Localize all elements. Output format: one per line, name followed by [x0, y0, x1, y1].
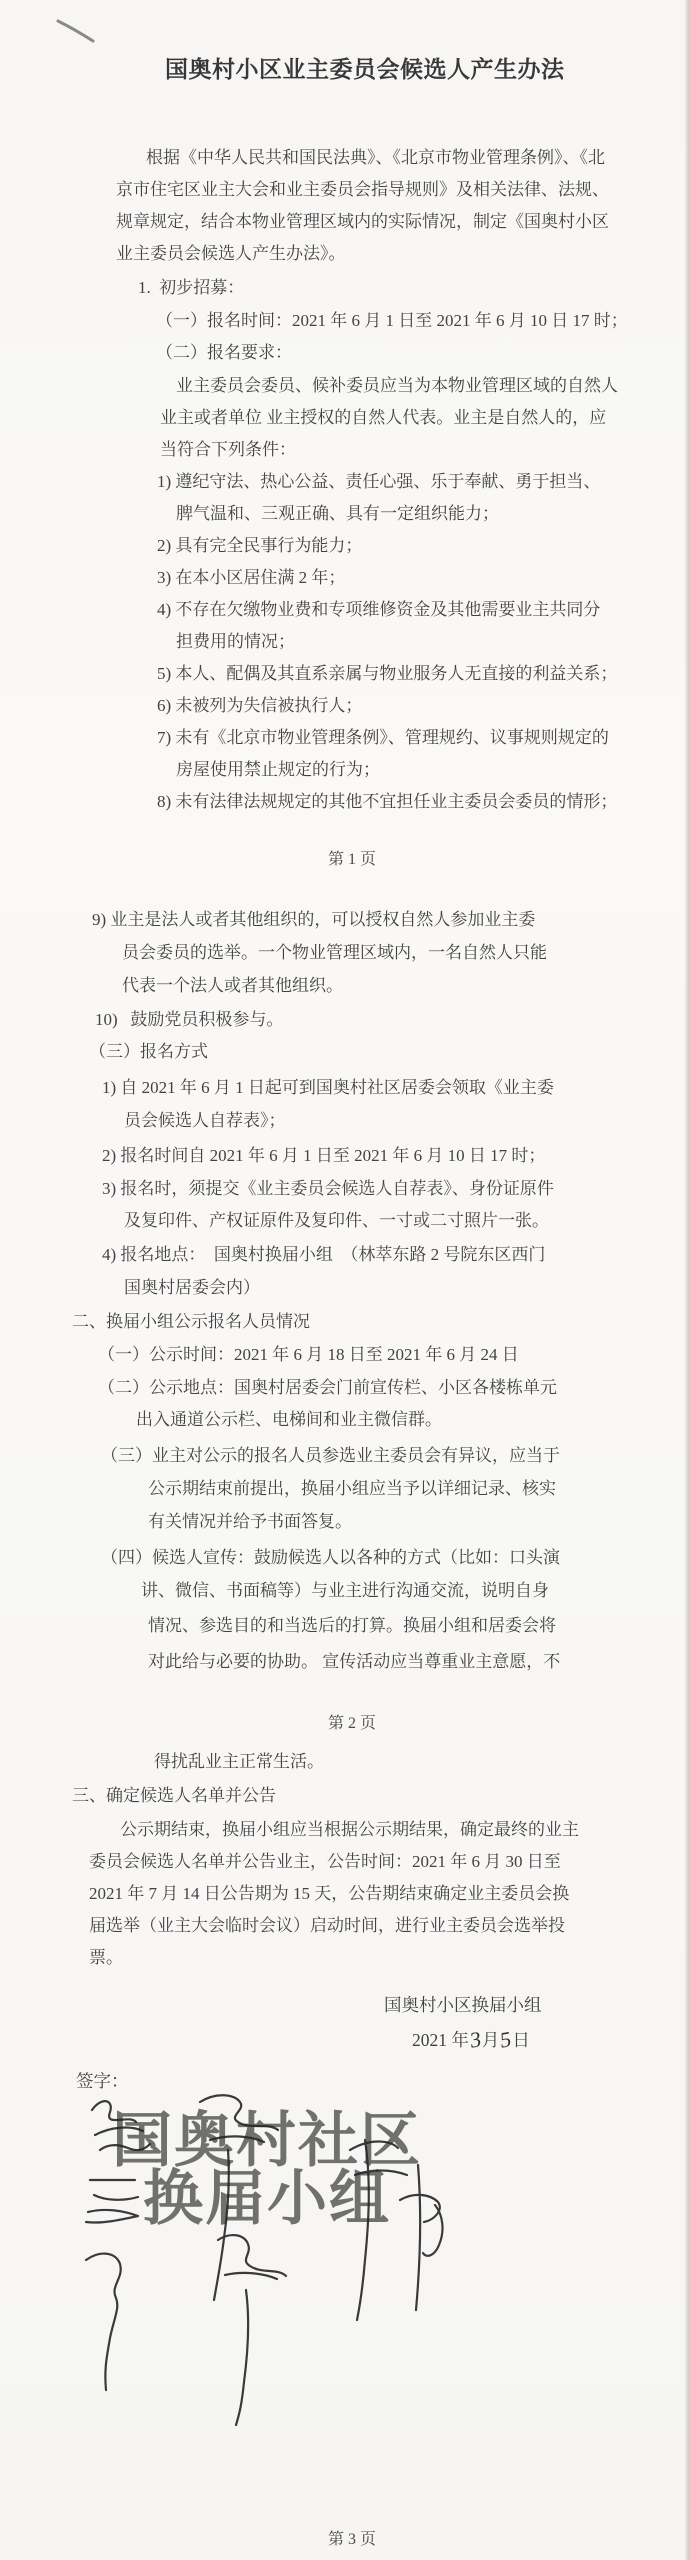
- doc-line: 公示期结束前提出，换届小组应当予以详细记录、核实: [148, 1477, 556, 1501]
- doc-line: 当符合下列条件：: [160, 438, 296, 462]
- doc-line: 房屋使用禁止规定的行为；: [176, 758, 380, 782]
- doc-line: 1) 遵纪守法、热心公益、责任心强、乐于奉献、勇于担当、: [157, 470, 600, 494]
- doc-line: 担费用的情况；: [176, 630, 295, 654]
- doc-line: 2021 年 7 月 14 日公告期为 15 天，公告期结束确定业主委员会换: [89, 1882, 569, 1906]
- doc-line: 对此给与必要的协助。 宣传活动应当尊重业主意愿，不: [148, 1650, 560, 1674]
- doc-line: （一）报名时间：2021 年 6 月 1 日至 2021 年 6 月 10 日 …: [156, 309, 628, 333]
- page-footer-1: 第 1 页: [7, 846, 690, 869]
- document-title: 国奥村小区业主委员会候选人产生办法: [165, 58, 565, 82]
- scanned-document-page: { "document": { "title": "国奥村小区业主委员会候选人产…: [0, 0, 690, 2560]
- doc-line: 届选举（业主大会临时会议）启动时间，进行业主委员会选举投: [89, 1914, 565, 1938]
- doc-line: 4) 报名地点： 国奥村换届小组 （林萃东路 2 号院东区西门: [102, 1243, 545, 1267]
- doc-line: 业主或者单位 业主授权的自然人代表。业主是自然人的，应: [160, 406, 606, 430]
- date-printed-month-unit: 月: [482, 2030, 500, 2050]
- doc-line: 情况、参选目的和当选后的打算。换届小组和居委会将: [148, 1614, 556, 1638]
- doc-line: （四）候选人宣传：鼓励候选人以各种的方式（比如：口头演: [101, 1546, 560, 1570]
- date-printed-year: 2021 年: [412, 2030, 469, 2050]
- doc-line: 业主委员会委员、候补委员应当为本物业管理区域的自然人: [176, 374, 618, 398]
- doc-line: 根据《中华人民共和国民法典》、《北京市物业管理条例》、《北: [146, 146, 605, 170]
- signature-stroke: [86, 2254, 121, 2390]
- date-line: 2021 年3月5日: [412, 2026, 530, 2052]
- doc-line: 6) 未被列为失信被执行人；: [157, 694, 362, 718]
- doc-line: 京市住宅区业主大会和业主委员会指导规则》及相关法律、法规、: [116, 178, 609, 202]
- doc-line: （二）报名要求：: [156, 341, 292, 365]
- issuer-line: 国奥村小区换届小组: [384, 1992, 542, 2017]
- date-printed-day-unit: 日: [512, 2030, 530, 2050]
- doc-line: 得扰乱业主正常生活。: [154, 1750, 324, 1774]
- doc-line: （一）公示时间：2021 年 6 月 18 日至 2021 年 6 月 24 日: [98, 1343, 519, 1367]
- doc-line: 1) 自 2021 年 6 月 1 日起可到国奥村社区居委会领取《业主委: [102, 1076, 554, 1100]
- doc-line: 8) 未有法律法规规定的其他不宜担任业主委员会委员的情形；: [157, 790, 617, 814]
- doc-line: 5) 本人、配偶及其直系亲属与物业服务人无直接的利益关系；: [157, 662, 617, 686]
- committee-watermark: 国奥村社区 换届小组: [82, 2112, 452, 2228]
- handwritten-month-digit: 3: [469, 2026, 481, 2054]
- doc-line: 员会委员的选举。一个物业管理区域内，一名自然人只能: [122, 941, 547, 965]
- doc-line: 三、确定候选人名单并公告: [72, 1784, 276, 1808]
- doc-line: 脾气温和、三观正确、具有一定组织能力；: [176, 502, 499, 526]
- page-footer-2: 第 2 页: [7, 1710, 690, 1733]
- doc-line: 规章规定，结合本物业管理区域内的实际情况，制定《国奥村小区: [116, 210, 609, 234]
- doc-line: 有关情况并给予书面答复。: [148, 1510, 352, 1534]
- doc-line: 2) 具有完全民事行为能力；: [157, 534, 362, 558]
- watermark-line-2: 换届小组: [82, 2170, 452, 2228]
- doc-line: 3) 在本小区居住满 2 年；: [157, 566, 345, 590]
- doc-line: 业主委员会候选人产生办法》。: [116, 242, 346, 266]
- signature-stroke: [218, 2235, 286, 2425]
- doc-line: 4) 不存在欠缴物业费和专项维修资金及其他需要业主共同分: [157, 598, 600, 622]
- doc-line: 公示期结束，换届小组应当根据公示期结果，确定最终的业主: [120, 1818, 579, 1842]
- doc-line: 2) 报名时间自 2021 年 6 月 1 日至 2021 年 6 月 10 日…: [102, 1144, 545, 1168]
- doc-line: （二）公示地点：国奥村居委会门前宣传栏、小区各楼栋单元: [98, 1376, 557, 1400]
- watermark-line-1: 国奥村社区: [82, 2112, 452, 2170]
- doc-line: 7) 未有《北京市物业管理条例》、管理规约、议事规则规定的: [157, 726, 609, 750]
- doc-line: 9) 业主是法人或者其他组织的，可以授权自然人参加业主委: [92, 908, 535, 932]
- doc-line: 国奥村居委会内）: [124, 1276, 260, 1300]
- signature-label: 签字：: [76, 2068, 129, 2093]
- doc-line: 出入通道公示栏、电梯间和业主微信群。: [136, 1408, 442, 1432]
- doc-line: 票。: [89, 1946, 123, 1970]
- doc-line: （三）业主对公示的报名人员参选业主委员会有异议，应当于: [101, 1444, 560, 1468]
- doc-line: （三）报名方式: [89, 1040, 208, 1064]
- doc-line: 1. 初步招募：: [138, 276, 244, 300]
- doc-line: 3) 报名时，须提交《业主委员会候选人自荐表》、身份证原件: [102, 1177, 554, 1201]
- doc-line: 二、换届小组公示报名人员情况: [72, 1310, 310, 1334]
- handwritten-day-digit: 5: [500, 2026, 512, 2054]
- doc-line: 及复印件、产权证原件及复印件、一寸或二寸照片一张。: [124, 1209, 549, 1233]
- doc-line: 委员会候选人名单并公告业主，公告时间：2021 年 6 月 30 日至: [89, 1850, 561, 1874]
- doc-line: 讲、微信、书面稿等）与业主进行沟通交流，说明自身: [141, 1579, 549, 1603]
- page-footer-3: 第 3 页: [7, 2526, 690, 2549]
- doc-line: 代表一个法人或者其他组织。: [122, 974, 343, 998]
- pen-stroke-mark-icon: [0, 0, 120, 60]
- doc-line: 员会候选人自荐表》；: [124, 1109, 286, 1133]
- scan-edge-shadow: [685, 0, 690, 2560]
- doc-line: 10) 鼓励党员积极参与。: [95, 1008, 283, 1032]
